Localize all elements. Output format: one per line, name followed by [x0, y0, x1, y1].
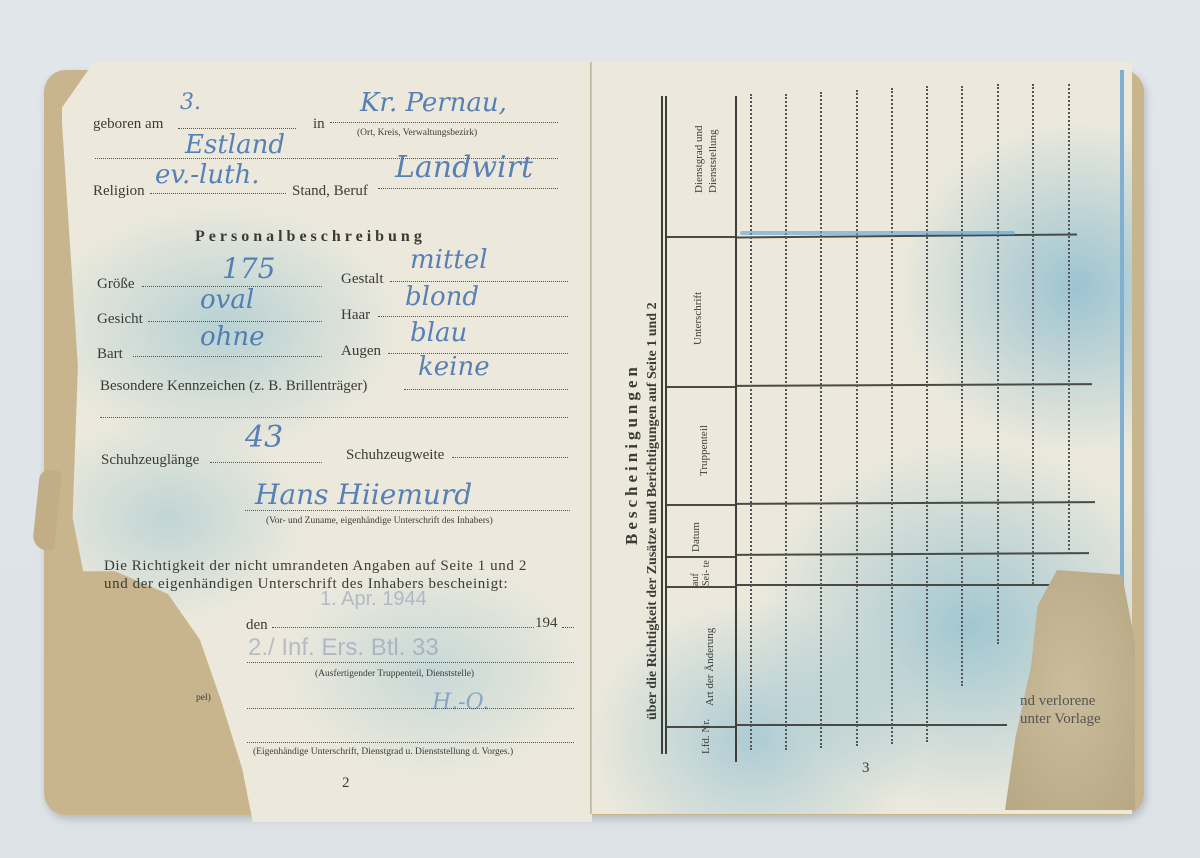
- page-number-right: 3: [862, 760, 870, 777]
- special-marks-field[interactable]: [404, 389, 568, 390]
- birthplace-value-2: Estland: [185, 130, 285, 160]
- unit-stamp: 2./ Inf. Ers. Btl. 33: [248, 634, 439, 662]
- face-label: Gesicht: [97, 311, 143, 328]
- unit-caption: (Ausfertigender Truppenteil, Dienststell…: [315, 669, 474, 679]
- shoe-length-field[interactable]: [210, 462, 322, 463]
- officer-title-field[interactable]: [247, 742, 574, 743]
- row-separator: [997, 84, 999, 644]
- face-value: oval: [200, 285, 254, 315]
- right-page-title: Bescheinigungen: [622, 363, 642, 545]
- occupation-field[interactable]: [378, 188, 558, 189]
- eyes-value: blau: [410, 318, 467, 348]
- signature-caption: (Vor- und Zuname, eigenhändige Unterschr…: [266, 516, 493, 526]
- height-value: 175: [222, 252, 275, 285]
- shoe-length-value: 43: [245, 420, 283, 455]
- birthplace-value: Kr. Pernau,: [360, 88, 507, 118]
- row-separator: [1032, 84, 1034, 584]
- row-separator: [891, 88, 893, 744]
- hair-value: blond: [405, 282, 479, 312]
- build-value: mittel: [410, 245, 488, 275]
- occupation-value: Landwirt: [395, 150, 533, 185]
- shoe-length-label: Schuhzeuglänge: [101, 452, 199, 469]
- shoe-width-field[interactable]: [452, 457, 568, 458]
- hair-field[interactable]: [378, 316, 568, 317]
- certification-line-1: Die Richtigkeit der nicht umrandeten Ang…: [104, 558, 527, 575]
- officer-signature-field[interactable]: [247, 708, 574, 709]
- col-header-rank: Dienstgrad und Dienststellung: [692, 83, 720, 193]
- torn-corner-text: nd verlorene unter Vorlage: [1020, 692, 1101, 728]
- row-separator: [856, 90, 858, 746]
- certification-line-2: und der eigenhändigen Unterschrift des I…: [104, 576, 508, 593]
- special-marks-line-2[interactable]: [100, 417, 568, 418]
- beard-field[interactable]: [133, 356, 322, 357]
- header-divider-3: [667, 504, 735, 506]
- column-line-change: [737, 724, 1007, 726]
- row-separator: [750, 94, 752, 750]
- col-header-date: Datum: [690, 522, 702, 552]
- build-label: Gestalt: [341, 271, 384, 288]
- col-header-page: auf Sei- te: [690, 556, 712, 586]
- row-separator: [820, 92, 822, 748]
- ink-stroke: [740, 231, 1015, 235]
- col-header-unit: Truppenteil: [698, 425, 710, 476]
- header-divider-5: [667, 586, 735, 588]
- officer-initials: H.-O.: [432, 690, 489, 715]
- row-separator: [926, 86, 928, 742]
- unit-field[interactable]: [247, 662, 574, 663]
- date-stamp: 1. Apr. 1944: [320, 588, 427, 611]
- born-label: geboren am: [93, 116, 163, 133]
- right-page-subtitle: über die Richtigkeit der Zusätze und Ber…: [645, 302, 661, 720]
- officer-caption: (Eigenhändige Unterschrift, Dienstgrad u…: [253, 747, 513, 757]
- row-separator: [1068, 84, 1070, 554]
- header-divider-1: [667, 236, 735, 238]
- date-field[interactable]: [272, 627, 534, 628]
- place-caption: (Ort, Kreis, Verwaltungsbezirk): [357, 128, 477, 138]
- in-label: in: [313, 116, 325, 133]
- personal-description-heading: Personalbeschreibung: [195, 228, 426, 246]
- page-number-left: 2: [342, 775, 350, 792]
- col-header-signature: Unterschrift: [692, 292, 704, 345]
- row-separator: [785, 94, 787, 750]
- height-label: Größe: [97, 276, 135, 293]
- torn-text-line-2: unter Vorlage: [1020, 710, 1101, 728]
- row-separator: [961, 86, 963, 686]
- col-header-change-type: Art der Änderung: [704, 628, 716, 706]
- religion-field[interactable]: [150, 193, 286, 194]
- col-header-number: Lfd. Nr.: [700, 719, 712, 754]
- holder-signature: Hans Hiiemurd: [255, 478, 472, 511]
- year-field[interactable]: [562, 627, 574, 628]
- year-prefix: 194: [535, 615, 558, 632]
- occupation-label: Stand, Beruf: [292, 183, 368, 200]
- beard-value: ohne: [200, 322, 265, 352]
- eyes-label: Augen: [341, 343, 381, 360]
- shoe-width-label: Schuhzeugweite: [346, 447, 444, 464]
- special-marks-label: Besondere Kennzeichen (z. B. Brillenträg…: [100, 378, 367, 395]
- date-label: den: [246, 617, 268, 634]
- special-marks-value: keine: [418, 352, 490, 382]
- header-separator: [735, 96, 737, 762]
- hair-label: Haar: [341, 307, 370, 324]
- born-field[interactable]: [178, 128, 296, 129]
- beard-label: Bart: [97, 346, 123, 363]
- religion-label: Religion: [93, 183, 145, 200]
- table-border-outer: [661, 96, 663, 754]
- header-divider-2: [667, 386, 735, 388]
- birthplace-field[interactable]: [330, 122, 558, 123]
- torn-text-line-1: nd verlorene: [1020, 692, 1101, 710]
- table-border-inner: [665, 96, 667, 754]
- religion-value: ev.-luth.: [155, 160, 260, 190]
- born-value: 3.: [180, 90, 201, 115]
- seal-label-fragment: pel): [196, 693, 211, 703]
